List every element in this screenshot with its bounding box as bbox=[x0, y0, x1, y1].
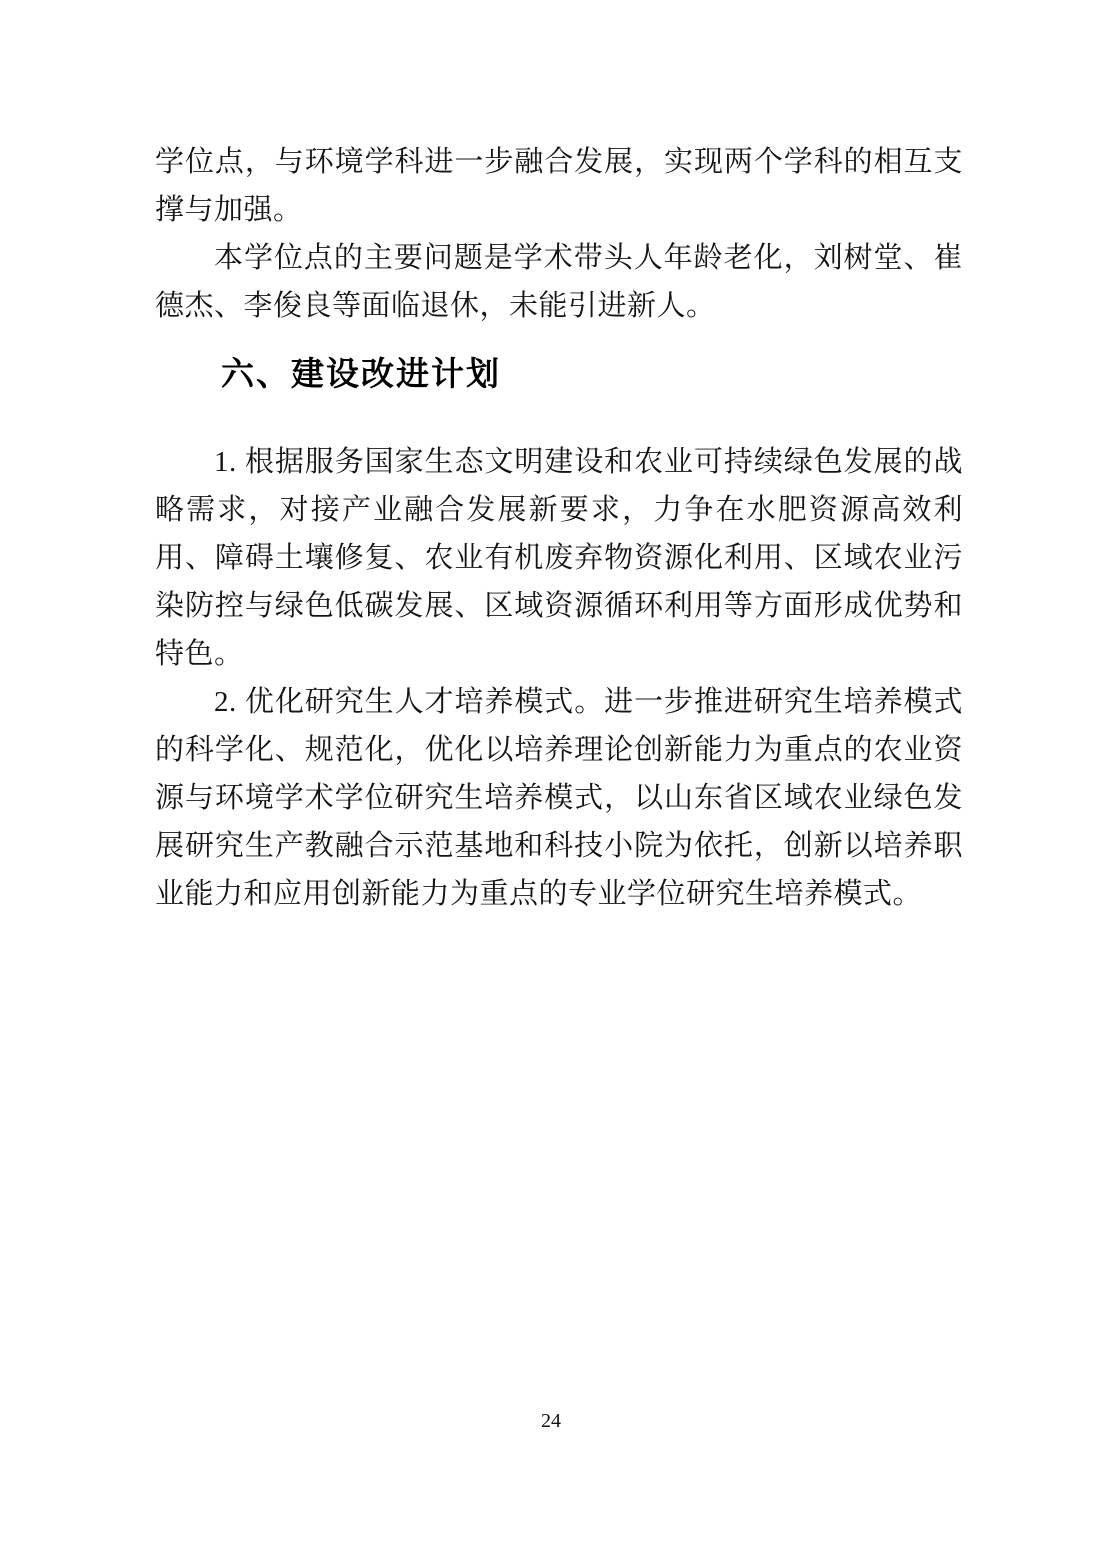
section-heading: 六、建设改进计划 bbox=[155, 350, 963, 398]
paragraph-continuation: 学位点，与环境学科进一步融合发展，实现两个学科的相互支撑与加强。 bbox=[155, 138, 963, 234]
paragraph-main-problems: 本学位点的主要问题是学术带头人年龄老化，刘树堂、崔德杰、李俊良等面临退休，未能引… bbox=[155, 234, 963, 330]
page-number: 24 bbox=[0, 1410, 1102, 1433]
page-content: 学位点，与环境学科进一步融合发展，实现两个学科的相互支撑与加强。 本学位点的主要… bbox=[155, 138, 963, 918]
paragraph-plan-item-2: 2. 优化研究生人才培养模式。进一步推进研究生培养模式的科学化、规范化，优化以培… bbox=[155, 678, 963, 918]
paragraph-plan-item-1: 1. 根据服务国家生态文明建设和农业可持续绿色发展的战略需求，对接产业融合发展新… bbox=[155, 438, 963, 678]
document-page: 学位点，与环境学科进一步融合发展，实现两个学科的相互支撑与加强。 本学位点的主要… bbox=[0, 0, 1102, 1559]
